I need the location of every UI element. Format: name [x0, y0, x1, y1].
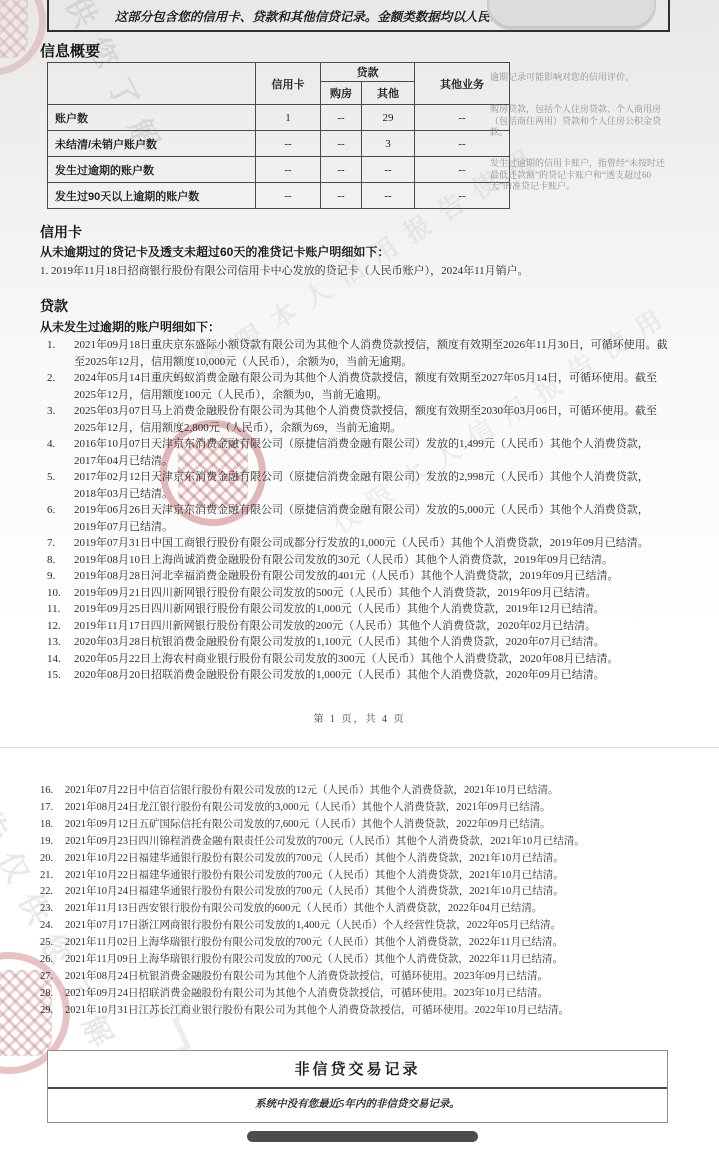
loan-record: 17.2021年08月24日龙江银行股份有限公司发放的3,000元（人民币）其他…: [40, 800, 688, 817]
loan-record-number: 3.: [47, 403, 55, 420]
loan-record-text: 2021年09月18日重庆京东盛际小额贷款有限公司为其他个人消费贷款授信，额度有…: [74, 339, 668, 368]
loan-record-text: 2021年10月22日福建华通银行股份有限公司发放的700元（人民币）其他个人消…: [65, 870, 564, 881]
cell-value: --: [321, 157, 362, 183]
table-corner-cell: [48, 63, 256, 105]
col-header-credit-card: 信用卡: [256, 63, 321, 105]
loan-record: 16.2021年07月22日中信百信银行股份有限公司发放的12元（人民币）其他个…: [40, 783, 688, 800]
non-credit-body: 系统中没有您最近5年内的非信贷交易记录。: [48, 1096, 667, 1111]
loan-record-text: 2017年02月12日天津京东消费金融有限公司（原捷信消费金融有限公司）发放的2…: [74, 471, 649, 500]
credit-card-heading: 信用卡: [40, 222, 82, 242]
loan-record-text: 2021年09月24日招联消费金融股份有限公司为其他个人消费贷款授信，可循环使用…: [65, 988, 548, 999]
loan-record-text: 2019年08月10日上海尚诚消费金融股份有限公司发放的30元（人民币）其他个人…: [74, 554, 613, 566]
loan-record: 3.2025年03月07日马上消费金融股份有限公司为其他个人消费贷款授信，额度有…: [47, 403, 669, 436]
table-row: 未结清/未销户账户数 -- -- 3 --: [48, 131, 510, 157]
loan-record-number: 21.: [40, 868, 53, 885]
loan-record-number: 15.: [47, 667, 61, 684]
side-note: 购房贷款，包括个人住房贷款、个人商用房（包括商住两用）贷款和个人住房公积金贷款。: [490, 104, 670, 139]
table-row: 发生过90天以上逾期的账户数 -- -- -- --: [48, 183, 510, 209]
loan-record: 20.2021年10月22日福建华通银行股份有限公司发放的700元（人民币）其他…: [40, 851, 688, 868]
loan-record: 11.2019年09月25日四川新网银行股份有限公司发放的1,000元（人民币）…: [47, 601, 669, 618]
col-header-loan-house: 购房: [321, 82, 362, 105]
loan-record-number: 1.: [47, 337, 55, 354]
loan-subheading: 从未发生过逾期的账户明细如下：: [40, 318, 220, 335]
cell-value: --: [321, 183, 362, 209]
cell-value: --: [256, 131, 321, 157]
loan-record-text: 2021年07月17日浙江网商银行股份有限公司发放的1,400元（人民币）个人经…: [65, 920, 561, 931]
loan-record: 15.2020年08月20日招联消费金融股份有限公司发放的1,000元（人民币）…: [47, 667, 669, 684]
cell-value: 1: [256, 105, 321, 131]
red-seal-stamp-icon: [0, 0, 46, 76]
loan-record-number: 23.: [40, 901, 53, 918]
loan-record: 6.2019年06月26日天津京东消费金融有限公司（原捷信消费金融有限公司）发放…: [47, 502, 669, 535]
loan-record-number: 25.: [40, 935, 53, 952]
loan-record-text: 2020年08月20日招联消费金融股份有限公司发放的1,000元（人民币）其他个…: [74, 669, 605, 681]
cell-value: --: [256, 183, 321, 209]
loan-record: 8.2019年08月10日上海尚诚消费金融股份有限公司发放的30元（人民币）其他…: [47, 552, 669, 569]
loan-record-text: 2021年11月13日西安银行股份有限公司发放的600元（人民币）其他个人消费贷…: [65, 903, 542, 914]
loan-record: 29.2021年10月31日江苏长江商业银行股份有限公司为其他个人消费贷款授信，…: [40, 1003, 688, 1020]
loan-record-number: 2.: [47, 370, 55, 387]
cell-value: --: [321, 131, 362, 157]
loan-record: 24.2021年07月17日浙江网商银行股份有限公司发放的1,400元（人民币）…: [40, 918, 688, 935]
loan-record-text: 2021年10月24日福建华通银行股份有限公司发放的700元（人民币）其他个人消…: [65, 886, 564, 897]
non-credit-title: 非信贷交易记录: [48, 1058, 667, 1079]
page-indicator: 第 1 页，共 4 页: [0, 710, 719, 725]
loan-record: 2.2024年05月14日重庆蚂蚁消费金融有限公司为其他个人消费贷款授信，额度有…: [47, 370, 669, 403]
loan-record-text: 2021年10月22日福建华通银行股份有限公司发放的700元（人民币）其他个人消…: [65, 853, 564, 864]
loan-record-text: 2025年03月07日马上消费金融股份有限公司为其他个人消费贷款授信，额度有效期…: [74, 405, 657, 434]
loan-record-number: 6.: [47, 502, 55, 519]
loan-record: 7.2019年07月31日中国工商银行股份有限公司成都分行发放的1,000元（人…: [47, 535, 669, 552]
cell-value: 29: [362, 105, 415, 131]
credit-card-record: 1. 2019年11月18日招商银行股份有限公司信用卡中心发放的贷记卡（人民币账…: [40, 262, 670, 278]
loan-record-text: 2019年09月25日四川新网银行股份有限公司发放的1,000元（人民币）其他个…: [74, 603, 605, 615]
col-header-loan: 贷款: [321, 63, 415, 82]
loan-heading: 贷款: [40, 296, 68, 316]
loan-record-text: 2016年10月07日天津京东消费金融有限公司（原捷信消费金融有限公司）发放的1…: [74, 438, 649, 467]
loan-record-number: 29.: [40, 1003, 53, 1020]
loan-record: 27.2021年08月24日杭银消费金融股份有限公司为其他个人消费贷款授信，可循…: [40, 969, 688, 986]
loan-record-number: 17.: [40, 800, 53, 817]
col-header-loan-other: 其他: [362, 82, 415, 105]
loan-record-text: 2021年11月09日上海华瑞银行股份有限公司发放的700元（人民币）其他个人消…: [65, 954, 563, 965]
loan-record-number: 10.: [47, 585, 61, 602]
loan-record-number: 14.: [47, 651, 61, 668]
side-note: 逾期记录可能影响对您的信用评价。: [490, 72, 670, 84]
row-label: 发生过90天以上逾期的账户数: [48, 183, 256, 209]
credit-card-subheading: 从未逾期过的贷记卡及透支未超过60天的准贷记卡账户明细如下：: [40, 243, 389, 260]
loan-record-number: 5.: [47, 469, 55, 486]
loan-record-text: 2021年10月31日江苏长江商业银行股份有限公司为其他个人消费贷款授信，可循环…: [65, 1005, 569, 1016]
cell-value: 3: [362, 131, 415, 157]
loan-record: 21.2021年10月22日福建华通银行股份有限公司发放的700元（人民币）其他…: [40, 868, 688, 885]
loan-record-text: 2021年08月24日杭银消费金融股份有限公司为其他个人消费贷款授信，可循环使用…: [65, 971, 548, 982]
loan-record: 23.2021年11月13日西安银行股份有限公司发放的600元（人民币）其他个人…: [40, 901, 688, 918]
table-row: 发生过逾期的账户数 -- -- -- --: [48, 157, 510, 183]
loan-record-number: 20.: [40, 851, 53, 868]
loan-record: 25.2021年11月02日上海华瑞银行股份有限公司发放的700元（人民币）其他…: [40, 935, 688, 952]
loan-record: 9.2019年08月28日河北幸福消费金融股份有限公司发放的401元（人民币）其…: [47, 568, 669, 585]
overlay-rounded-shape: [487, 0, 656, 30]
loan-record: 28.2021年09月24日招联消费金融股份有限公司为其他个人消费贷款授信，可循…: [40, 986, 688, 1003]
loan-list-page1: 1.2021年09月18日重庆京东盛际小额贷款有限公司为其他个人消费贷款授信，额…: [47, 337, 669, 684]
non-credit-divider: [48, 1087, 667, 1089]
cell-value: --: [362, 183, 415, 209]
loan-record-number: 28.: [40, 986, 53, 1003]
non-credit-section-box: 非信贷交易记录 系统中没有您最近5年内的非信贷交易记录。: [47, 1050, 668, 1123]
cell-value: --: [256, 157, 321, 183]
col-header-other-business: 其他业务: [415, 63, 510, 105]
table-row: 账户数 1 -- 29 --: [48, 105, 510, 131]
loan-record-number: 7.: [47, 535, 55, 552]
loan-record-number: 12.: [47, 618, 61, 635]
loan-record: 12.2019年11月17日四川新网银行股份有限公司发放的200元（人民币）其他…: [47, 618, 669, 635]
summary-table: 信用卡 贷款 其他业务 购房 其他 账户数 1 -- 29 -- 未结清/未销户…: [47, 62, 510, 209]
loan-record-number: 19.: [40, 834, 53, 851]
credit-report-page: 查报告仅供您了解 仅限本人信用报告使用 仅限本人信用报告使用 报告仅供您了解 了…: [0, 0, 719, 1156]
loan-record-text: 2019年06月26日天津京东消费金融有限公司（原捷信消费金融有限公司）发放的5…: [74, 504, 649, 533]
loan-record: 10.2019年09月21日四川新网银行股份有限公司发放的500元（人民币）其他…: [47, 585, 669, 602]
loan-record-number: 9.: [47, 568, 55, 585]
loan-record: 14.2020年05月22日上海农村商业银行股份有限公司发放的300元（人民币）…: [47, 651, 669, 668]
loan-record: 5.2017年02月12日天津京东消费金融有限公司（原捷信消费金融有限公司）发放…: [47, 469, 669, 502]
loan-record-text: 2021年09月12日五矿国际信托有限公司发放的7,600元（人民币）其他个人消…: [65, 819, 551, 830]
row-label: 发生过逾期的账户数: [48, 157, 256, 183]
loan-record-number: 26.: [40, 952, 53, 969]
loan-record: 22.2021年10月24日福建华通银行股份有限公司发放的700元（人民币）其他…: [40, 884, 688, 901]
loan-record: 13.2020年03月28日杭银消费金融股份有限公司发放的1,100元（人民币）…: [47, 634, 669, 651]
row-label: 账户数: [48, 105, 256, 131]
loan-record-text: 2021年11月02日上海华瑞银行股份有限公司发放的700元（人民币）其他个人消…: [65, 937, 563, 948]
loan-record-text: 2021年08月24日龙江银行股份有限公司发放的3,000元（人民币）其他个人消…: [65, 802, 551, 813]
side-note: 发生过逾期的信用卡账户，指曾经“未按时还最低还款额”的贷记卡账户和“透支超过60…: [490, 158, 670, 193]
loan-record-text: 2019年08月28日河北幸福消费金融股份有限公司发放的401元（人民币）其他个…: [74, 570, 619, 582]
loan-record-number: 11.: [47, 601, 60, 618]
loan-record-number: 8.: [47, 552, 55, 569]
scroll-indicator-handle[interactable]: [247, 1131, 478, 1142]
loan-record-text: 2020年05月22日上海农村商业银行股份有限公司发放的300元（人民币）其他个…: [74, 653, 619, 665]
loan-record-text: 2019年11月17日四川新网银行股份有限公司发放的200元（人民币）其他个人消…: [74, 620, 596, 632]
loan-record: 19.2021年09月23日四川锦程消费金融有限责任公司发放的700元（人民币）…: [40, 834, 688, 851]
loan-record: 1.2021年09月18日重庆京东盛际小额贷款有限公司为其他个人消费贷款授信，额…: [47, 337, 669, 370]
loan-record: 26.2021年11月09日上海华瑞银行股份有限公司发放的700元（人民币）其他…: [40, 952, 688, 969]
loan-record-number: 4.: [47, 436, 55, 453]
loan-record-number: 18.: [40, 817, 53, 834]
loan-record-number: 16.: [40, 783, 53, 800]
loan-record-text: 2021年07月22日中信百信银行股份有限公司发放的12元（人民币）其他个人消费…: [65, 785, 559, 796]
loan-record-number: 27.: [40, 969, 53, 986]
loan-record-number: 13.: [47, 634, 61, 651]
loan-record-number: 24.: [40, 918, 53, 935]
loan-record-text: 2019年07月31日中国工商银行股份有限公司成都分行发放的1,000元（人民币…: [74, 537, 649, 549]
row-label: 未结清/未销户账户数: [48, 131, 256, 157]
page-separator: [0, 747, 719, 748]
loan-record-text: 2019年09月21日四川新网银行股份有限公司发放的500元（人民币）其他个人消…: [74, 587, 597, 599]
cell-value: --: [321, 105, 362, 131]
loan-record-text: 2020年03月28日杭银消费金融股份有限公司发放的1,100元（人民币）其他个…: [74, 636, 605, 648]
summary-heading: 信息概要: [40, 40, 100, 61]
loan-record-text: 2024年05月14日重庆蚂蚁消费金融有限公司为其他个人消费贷款授信，额度有效期…: [74, 372, 657, 401]
cell-value: --: [362, 157, 415, 183]
loan-record-number: 22.: [40, 884, 53, 901]
loan-record-text: 2021年09月23日四川锦程消费金融有限责任公司发放的700元（人民币）其他个…: [65, 836, 585, 847]
loan-list-page2: 16.2021年07月22日中信百信银行股份有限公司发放的12元（人民币）其他个…: [40, 783, 688, 1020]
loan-record: 18.2021年09月12日五矿国际信托有限公司发放的7,600元（人民币）其他…: [40, 817, 688, 834]
loan-record: 4.2016年10月07日天津京东消费金融有限公司（原捷信消费金融有限公司）发放…: [47, 436, 669, 469]
